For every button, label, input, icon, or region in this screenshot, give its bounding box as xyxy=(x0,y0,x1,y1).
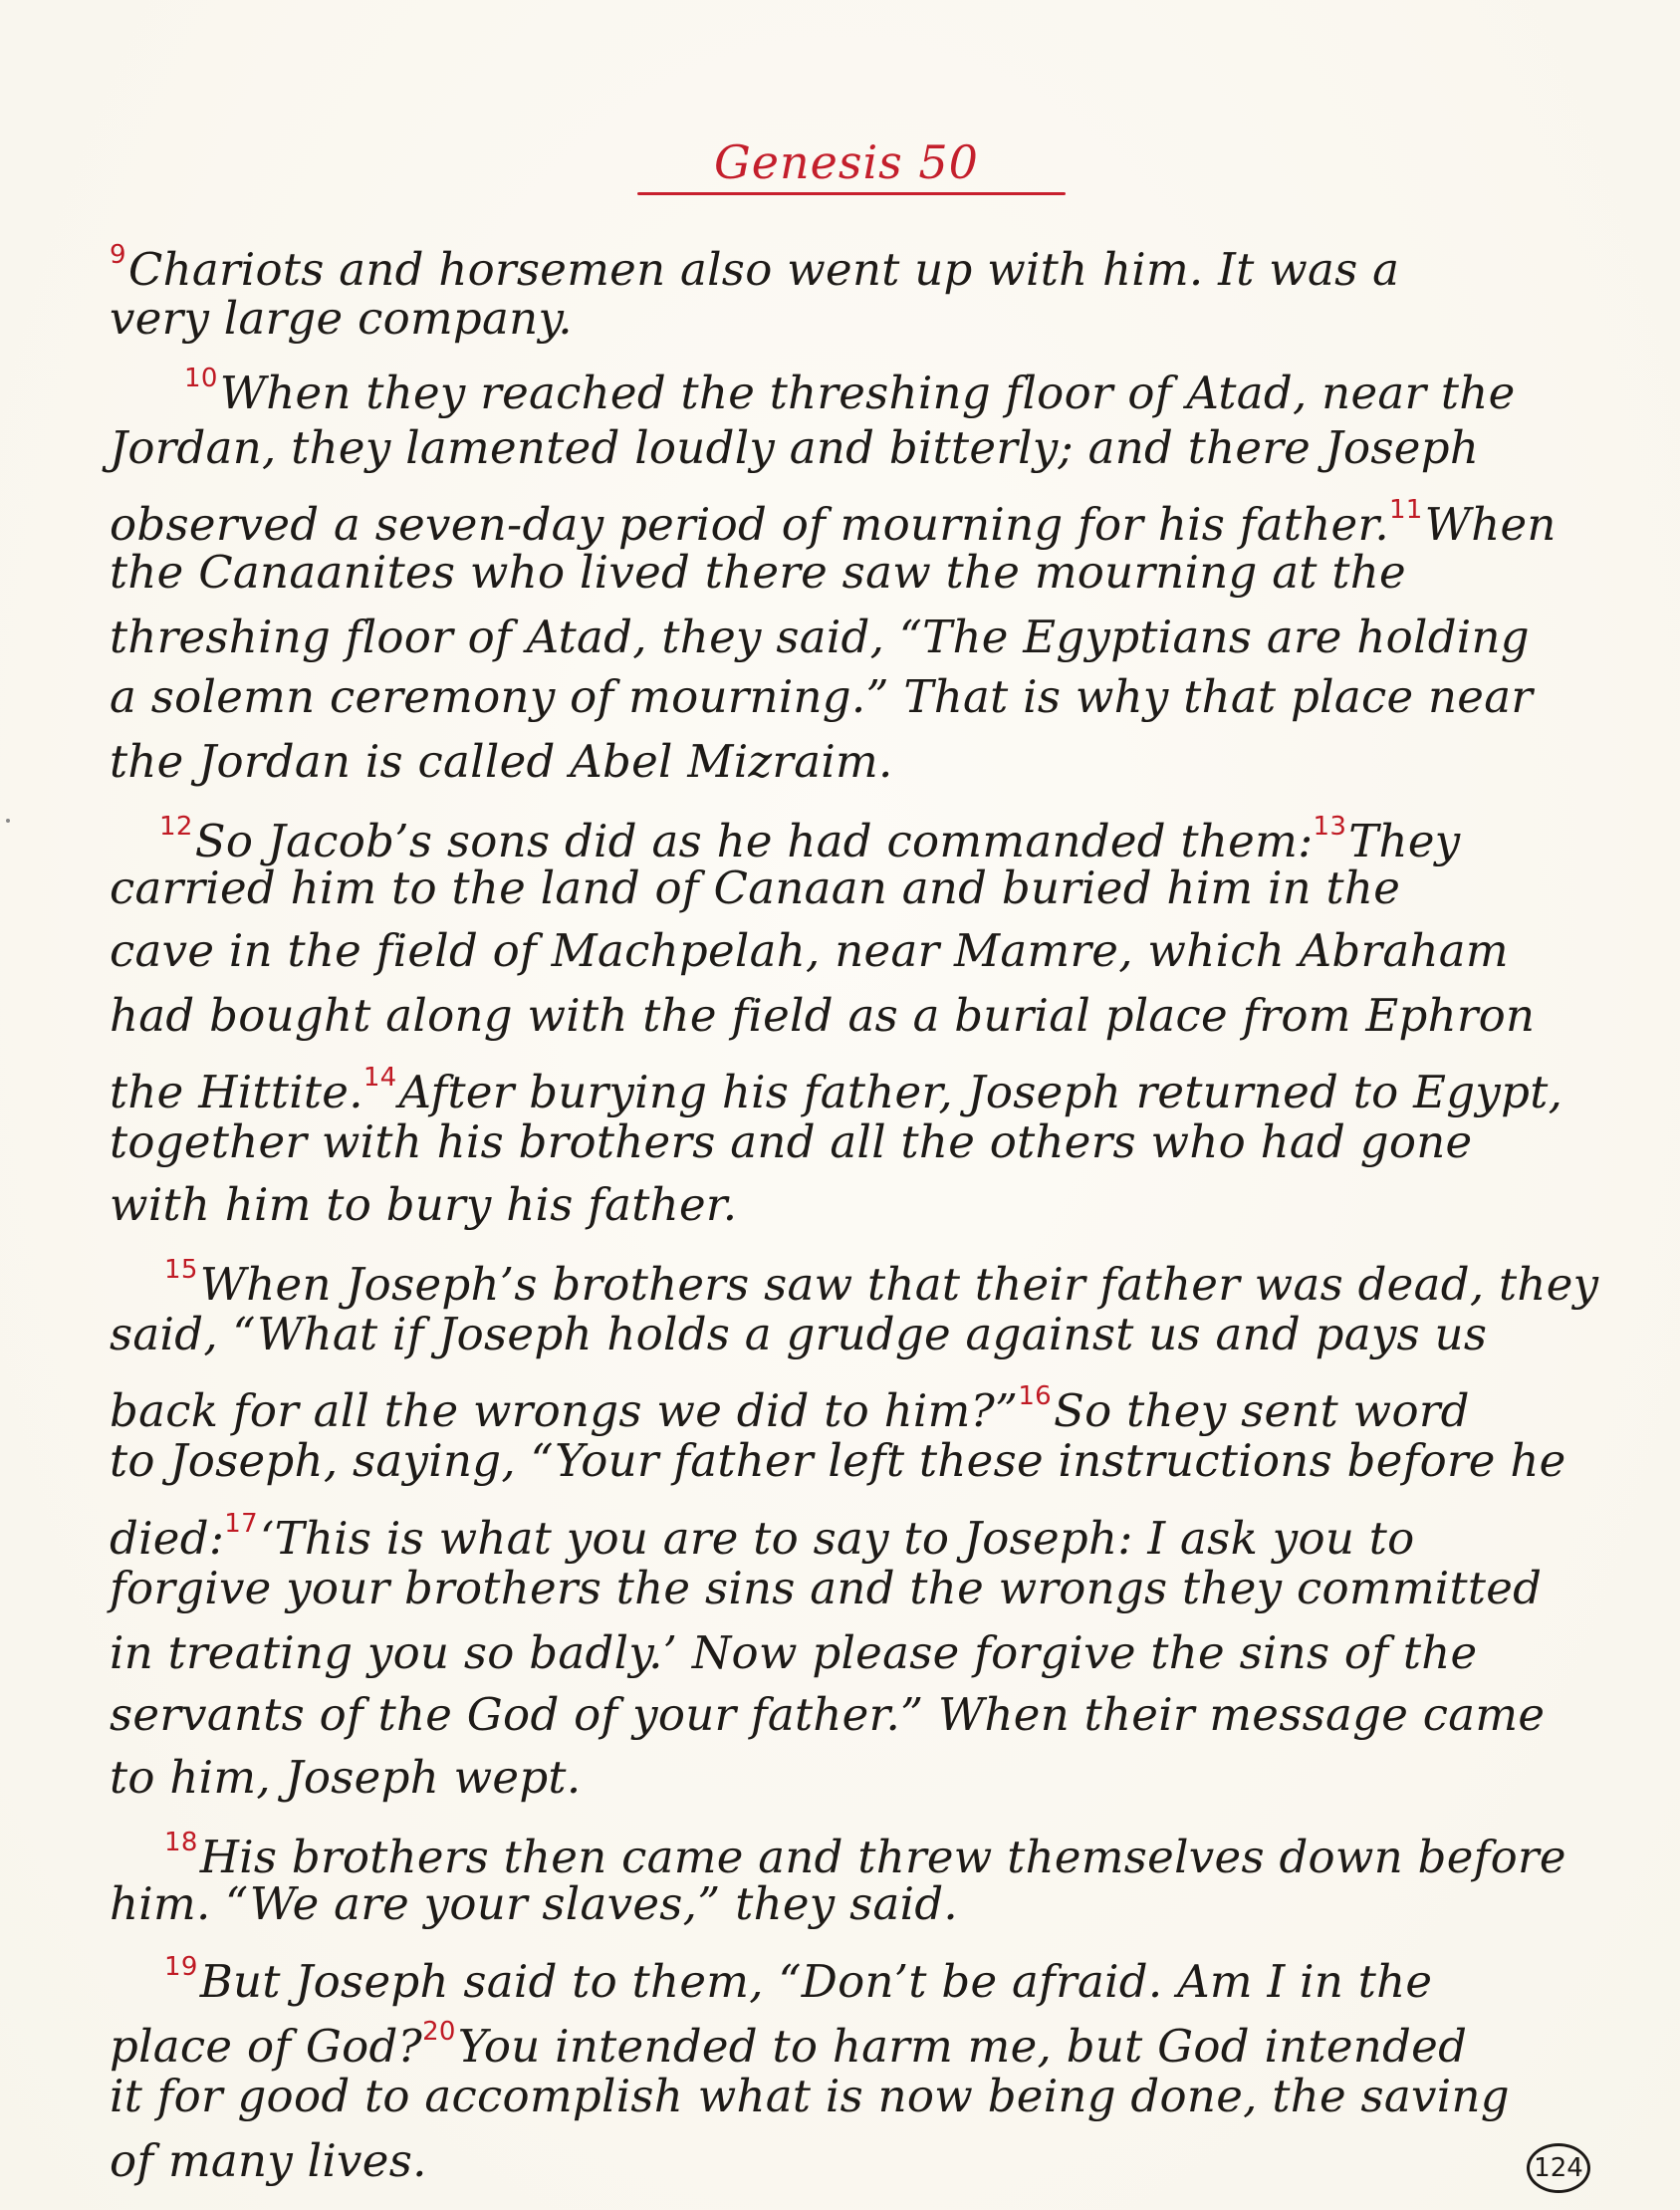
text-line: 19But Joseph said to them, “Don’t be afr… xyxy=(164,1937,1432,2012)
text-line: to Joseph, saying, “Your father left the… xyxy=(110,1431,1566,1491)
text-line: 15When Joseph’s brothers saw that their … xyxy=(164,1240,1598,1315)
text-line: had bought along with the field as a bur… xyxy=(110,986,1535,1046)
verse-number: 9 xyxy=(110,240,126,270)
text-line: of many lives. xyxy=(110,2131,427,2191)
verse-text: him. “We are your slaves,” they said. xyxy=(110,1877,958,1930)
verse-text: But Joseph said to them, “Don’t be afrai… xyxy=(200,1955,1433,2008)
verse-number: 10 xyxy=(184,364,218,393)
verse-number: 20 xyxy=(422,2017,456,2047)
verse-number: 11 xyxy=(1389,495,1423,525)
verse-text: When Joseph’s brothers saw that their fa… xyxy=(200,1258,1599,1311)
verse-text: forgive your brothers the sins and the w… xyxy=(110,1562,1542,1614)
verse-text: the Jordan is called Abel Mizraim. xyxy=(110,735,893,788)
paper-speck xyxy=(6,819,10,823)
text-line: the Jordan is called Abel Mizraim. xyxy=(110,732,893,792)
verse-text: with him to bury his father. xyxy=(110,1178,737,1231)
text-line: said, “What if Joseph holds a grudge aga… xyxy=(110,1305,1487,1364)
verse-text: When xyxy=(1425,498,1557,551)
text-line: with him to bury his father. xyxy=(110,1175,737,1235)
verse-text: the Canaanites who lived there saw the m… xyxy=(110,546,1406,599)
verse-text: of many lives. xyxy=(110,2134,427,2187)
verse-text: back for all the wrongs we did to him?” xyxy=(110,1384,1018,1437)
verse-text: So they sent word xyxy=(1054,1384,1470,1437)
verse-text: Jordan, they lamented loudly and bitterl… xyxy=(110,421,1479,474)
verse-text: very large company. xyxy=(110,292,573,345)
verse-text: had bought along with the field as a bur… xyxy=(110,989,1535,1042)
text-line: very large company. xyxy=(110,289,573,349)
verse-text: died: xyxy=(110,1512,224,1565)
verse-number: 19 xyxy=(164,1952,198,1982)
text-line: back for all the wrongs we did to him?”1… xyxy=(110,1366,1470,1441)
page-title: Genesis 50 xyxy=(637,135,1056,189)
page-number: 124 xyxy=(1527,2143,1590,2193)
text-line: together with his brothers and all the o… xyxy=(110,1112,1472,1172)
verse-number: 12 xyxy=(159,812,193,842)
verse-text: servants of the God of your father.” Whe… xyxy=(110,1688,1545,1741)
text-line: carried him to the land of Canaan and bu… xyxy=(110,859,1400,918)
verse-text: When they reached the threshing floor of… xyxy=(220,367,1516,419)
verse-text: the Hittite. xyxy=(110,1066,363,1118)
verse-text: carried him to the land of Canaan and bu… xyxy=(110,861,1400,914)
verse-text: a solemn ceremony of mourning.” That is … xyxy=(110,670,1533,723)
text-line: him. “We are your slaves,” they said. xyxy=(110,1874,958,1934)
text-line: the Hittite.14After burying his father, … xyxy=(110,1048,1562,1122)
text-line: Jordan, they lamented loudly and bitterl… xyxy=(110,418,1479,478)
verse-number: 15 xyxy=(164,1255,198,1285)
text-line: it for good to accomplish what is now be… xyxy=(110,2067,1510,2126)
verse-text: to him, Joseph wept. xyxy=(110,1751,581,1804)
text-line: to him, Joseph wept. xyxy=(110,1748,581,1808)
verse-number: 18 xyxy=(164,1828,198,1857)
verse-number: 16 xyxy=(1018,1381,1052,1411)
verse-text: in treating you so badly.’ Now please fo… xyxy=(110,1626,1478,1679)
verse-number: 17 xyxy=(224,1509,258,1539)
verse-text: to Joseph, saying, “Your father left the… xyxy=(110,1434,1566,1487)
text-line: threshing floor of Atad, they said, “The… xyxy=(110,608,1530,667)
verse-text: cave in the field of Machpelah, near Mam… xyxy=(110,924,1509,977)
verse-text: said, “What if Joseph holds a grudge aga… xyxy=(110,1308,1487,1360)
text-line: in treating you so badly.’ Now please fo… xyxy=(110,1623,1478,1683)
text-line: place of God?20You intended to harm me, … xyxy=(110,2002,1467,2077)
text-line: the Canaanites who lived there saw the m… xyxy=(110,543,1406,603)
verse-text: You intended to harm me, but God intende… xyxy=(458,2020,1467,2073)
text-line: servants of the God of your father.” Whe… xyxy=(110,1685,1545,1745)
verse-number: 13 xyxy=(1314,812,1347,842)
text-line: cave in the field of Machpelah, near Mam… xyxy=(110,921,1509,981)
verse-text: it for good to accomplish what is now be… xyxy=(110,2070,1510,2122)
verse-text: place of God? xyxy=(110,2020,422,2073)
text-line: died:17‘This is what you are to say to J… xyxy=(110,1494,1415,1569)
text-line: forgive your brothers the sins and the w… xyxy=(110,1559,1542,1618)
text-line: 10When they reached the threshing floor … xyxy=(184,349,1516,423)
verse-text: After burying his father, Joseph returne… xyxy=(399,1066,1563,1118)
title-underline xyxy=(637,192,1066,195)
verse-text: ‘This is what you are to say to Joseph: … xyxy=(260,1512,1415,1565)
verse-number: 14 xyxy=(363,1063,397,1093)
handwritten-page: Genesis 50 9Chariots and horsemen also w… xyxy=(0,0,1680,2210)
verse-text: threshing floor of Atad, they said, “The… xyxy=(110,611,1530,663)
verse-text: together with his brothers and all the o… xyxy=(110,1115,1472,1168)
text-line: a solemn ceremony of mourning.” That is … xyxy=(110,667,1533,727)
